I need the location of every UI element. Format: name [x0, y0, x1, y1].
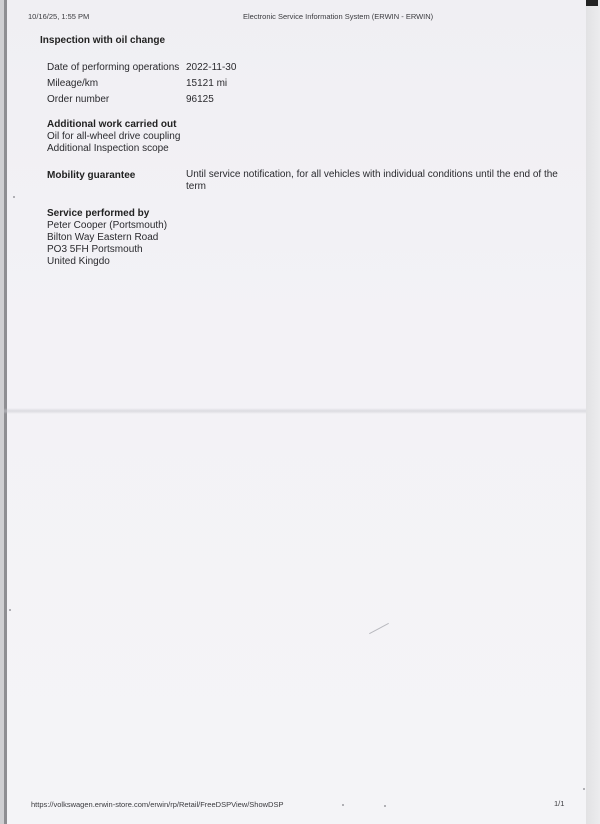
detail-row-order: Order number 96125	[47, 92, 236, 108]
detail-label: Date of performing operations	[47, 60, 186, 76]
mobility-heading: Mobility guarantee	[47, 170, 135, 182]
additional-work-item: Additional Inspection scope	[47, 143, 180, 155]
additional-work-item: Oil for all-wheel drive coupling	[47, 131, 180, 143]
page-edge	[586, 0, 600, 824]
system-title: Electronic Service Information System (E…	[243, 12, 433, 21]
details-table: Date of performing operations 2022-11-30…	[47, 60, 236, 108]
mobility-value: Until service notification, for all vehi…	[186, 169, 566, 193]
address-line: United Kingdo	[47, 256, 167, 268]
additional-work-section: Additional work carried out Oil for all-…	[47, 119, 180, 155]
footer-url: https://volkswagen.erwin-store.com/erwin…	[31, 800, 283, 809]
service-performed-heading: Service performed by	[47, 208, 167, 220]
service-performed-section: Service performed by Peter Cooper (Ports…	[47, 208, 167, 268]
detail-row-mileage: Mileage/km 15121 mi	[47, 76, 236, 92]
scan-speck	[583, 788, 585, 790]
address-line: Peter Cooper (Portsmouth)	[47, 220, 167, 232]
mobility-heading-text: Mobility guarantee	[47, 170, 135, 182]
detail-label: Mileage/km	[47, 76, 186, 92]
scan-speck	[9, 609, 11, 611]
detail-value: 2022-11-30	[186, 60, 236, 76]
paper-fold	[4, 408, 586, 414]
detail-value: 15121 mi	[186, 76, 227, 92]
address-line: Bilton Way Eastern Road	[47, 232, 167, 244]
detail-label: Order number	[47, 92, 186, 108]
print-timestamp: 10/16/25, 1:55 PM	[28, 12, 89, 21]
detail-row-date: Date of performing operations 2022-11-30	[47, 60, 236, 76]
detail-value: 96125	[186, 92, 214, 108]
page-indicator: 1/1	[554, 799, 564, 808]
additional-work-heading: Additional work carried out	[47, 119, 180, 131]
scan-speck	[13, 196, 15, 198]
address-line: PO3 5FH Portsmouth	[47, 244, 167, 256]
document-title: Inspection with oil change	[40, 35, 165, 46]
scan-speck	[384, 805, 386, 807]
scan-speck	[342, 804, 344, 806]
